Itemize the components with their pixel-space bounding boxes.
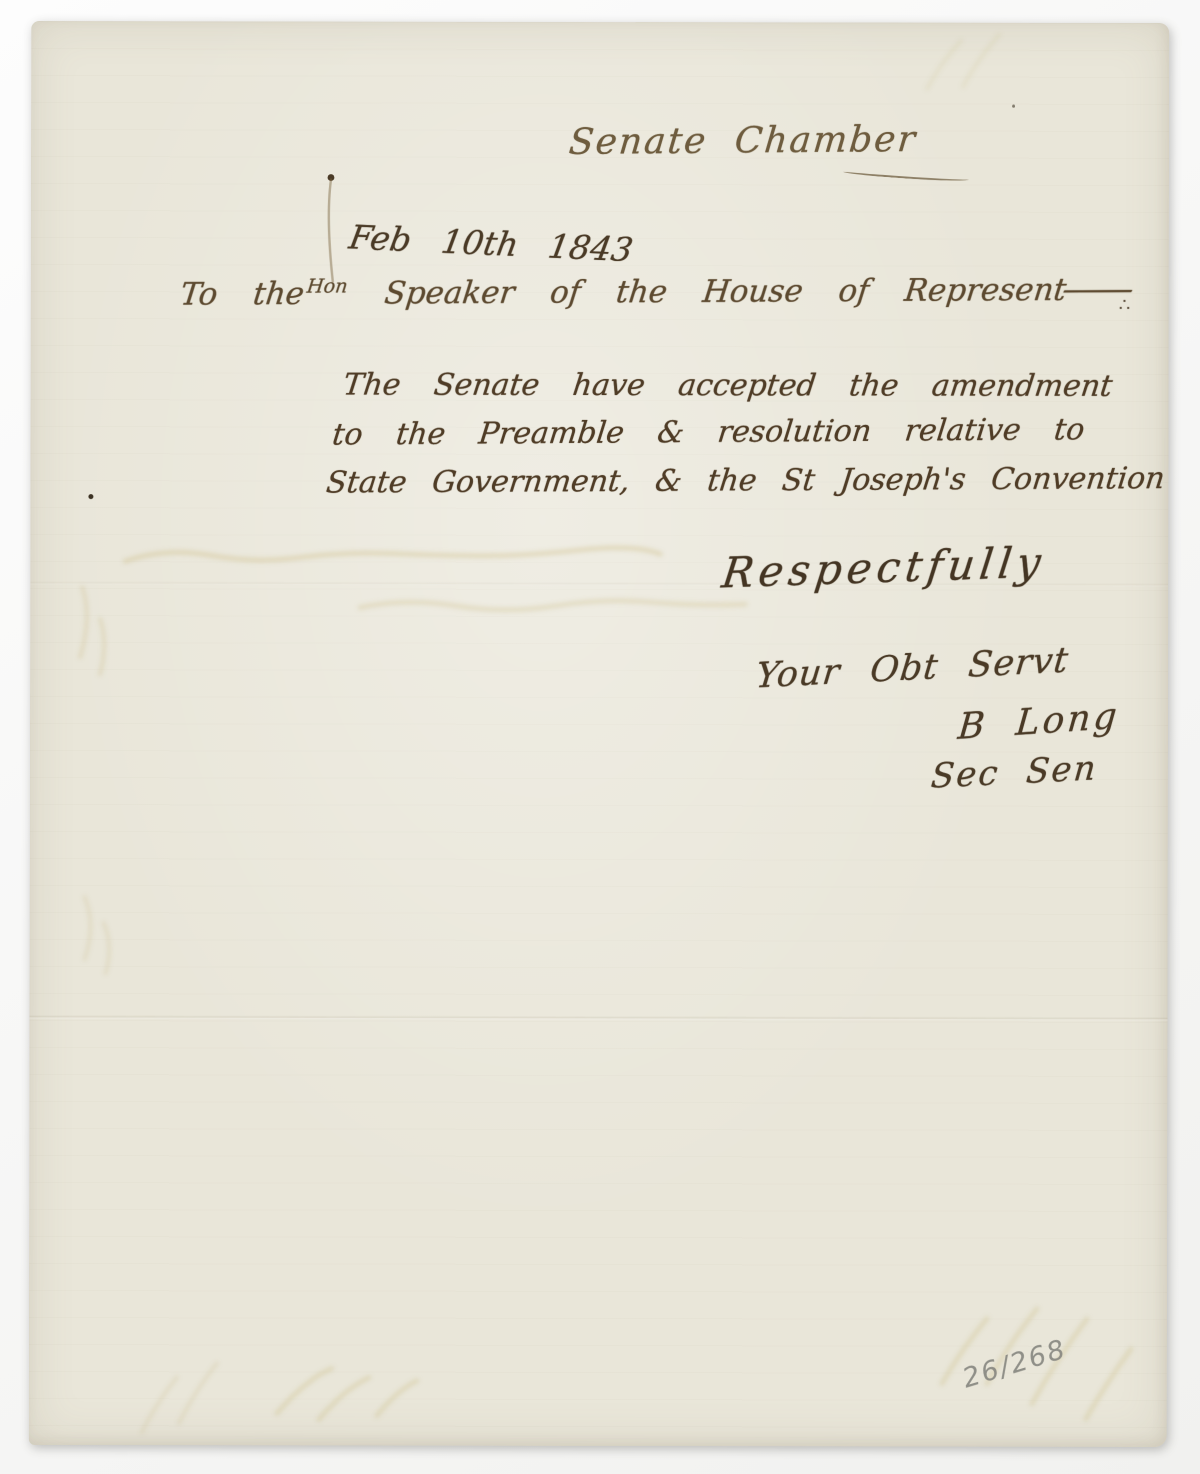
signature-your-obt-servt: Your Obt Servt — [754, 640, 1071, 696]
salutation-end-mark: ∴ — [1119, 295, 1130, 316]
body-line-2: to the Preamble & resolution relative to — [330, 412, 1086, 452]
body-line-1: The Senate have accepted the amendment — [341, 368, 1114, 404]
body-line-3: State Government, & the St Joseph's Conv… — [324, 461, 1166, 500]
salutation-superscript: Hon — [306, 274, 349, 297]
closing-respectfully: Respectfully — [719, 537, 1048, 597]
heading-senate-chamber: Senate Chamber — [567, 119, 919, 163]
paper-speck — [1012, 105, 1015, 108]
stray-ink-mark — [309, 169, 353, 289]
salutation-prefix: To the — [178, 276, 306, 313]
salutation-rest: Speaker of the House of Represent — [383, 272, 1069, 312]
date-line: Feb 10th 1843 — [346, 218, 635, 270]
salutation-line: To theHon Speaker of the House of Repres… — [178, 270, 1115, 312]
ink-speck — [88, 494, 93, 499]
letter-paper: Senate Chamber Feb 10th 1843 To theHon S… — [29, 21, 1169, 1447]
archival-number-pencil: 26/268 — [959, 1334, 1070, 1395]
signature-name: B Long — [956, 696, 1121, 748]
signature-title: Sec Sen — [929, 748, 1099, 797]
heading-flourish-line — [843, 168, 969, 183]
fold-crease-lower — [30, 1015, 1168, 1021]
